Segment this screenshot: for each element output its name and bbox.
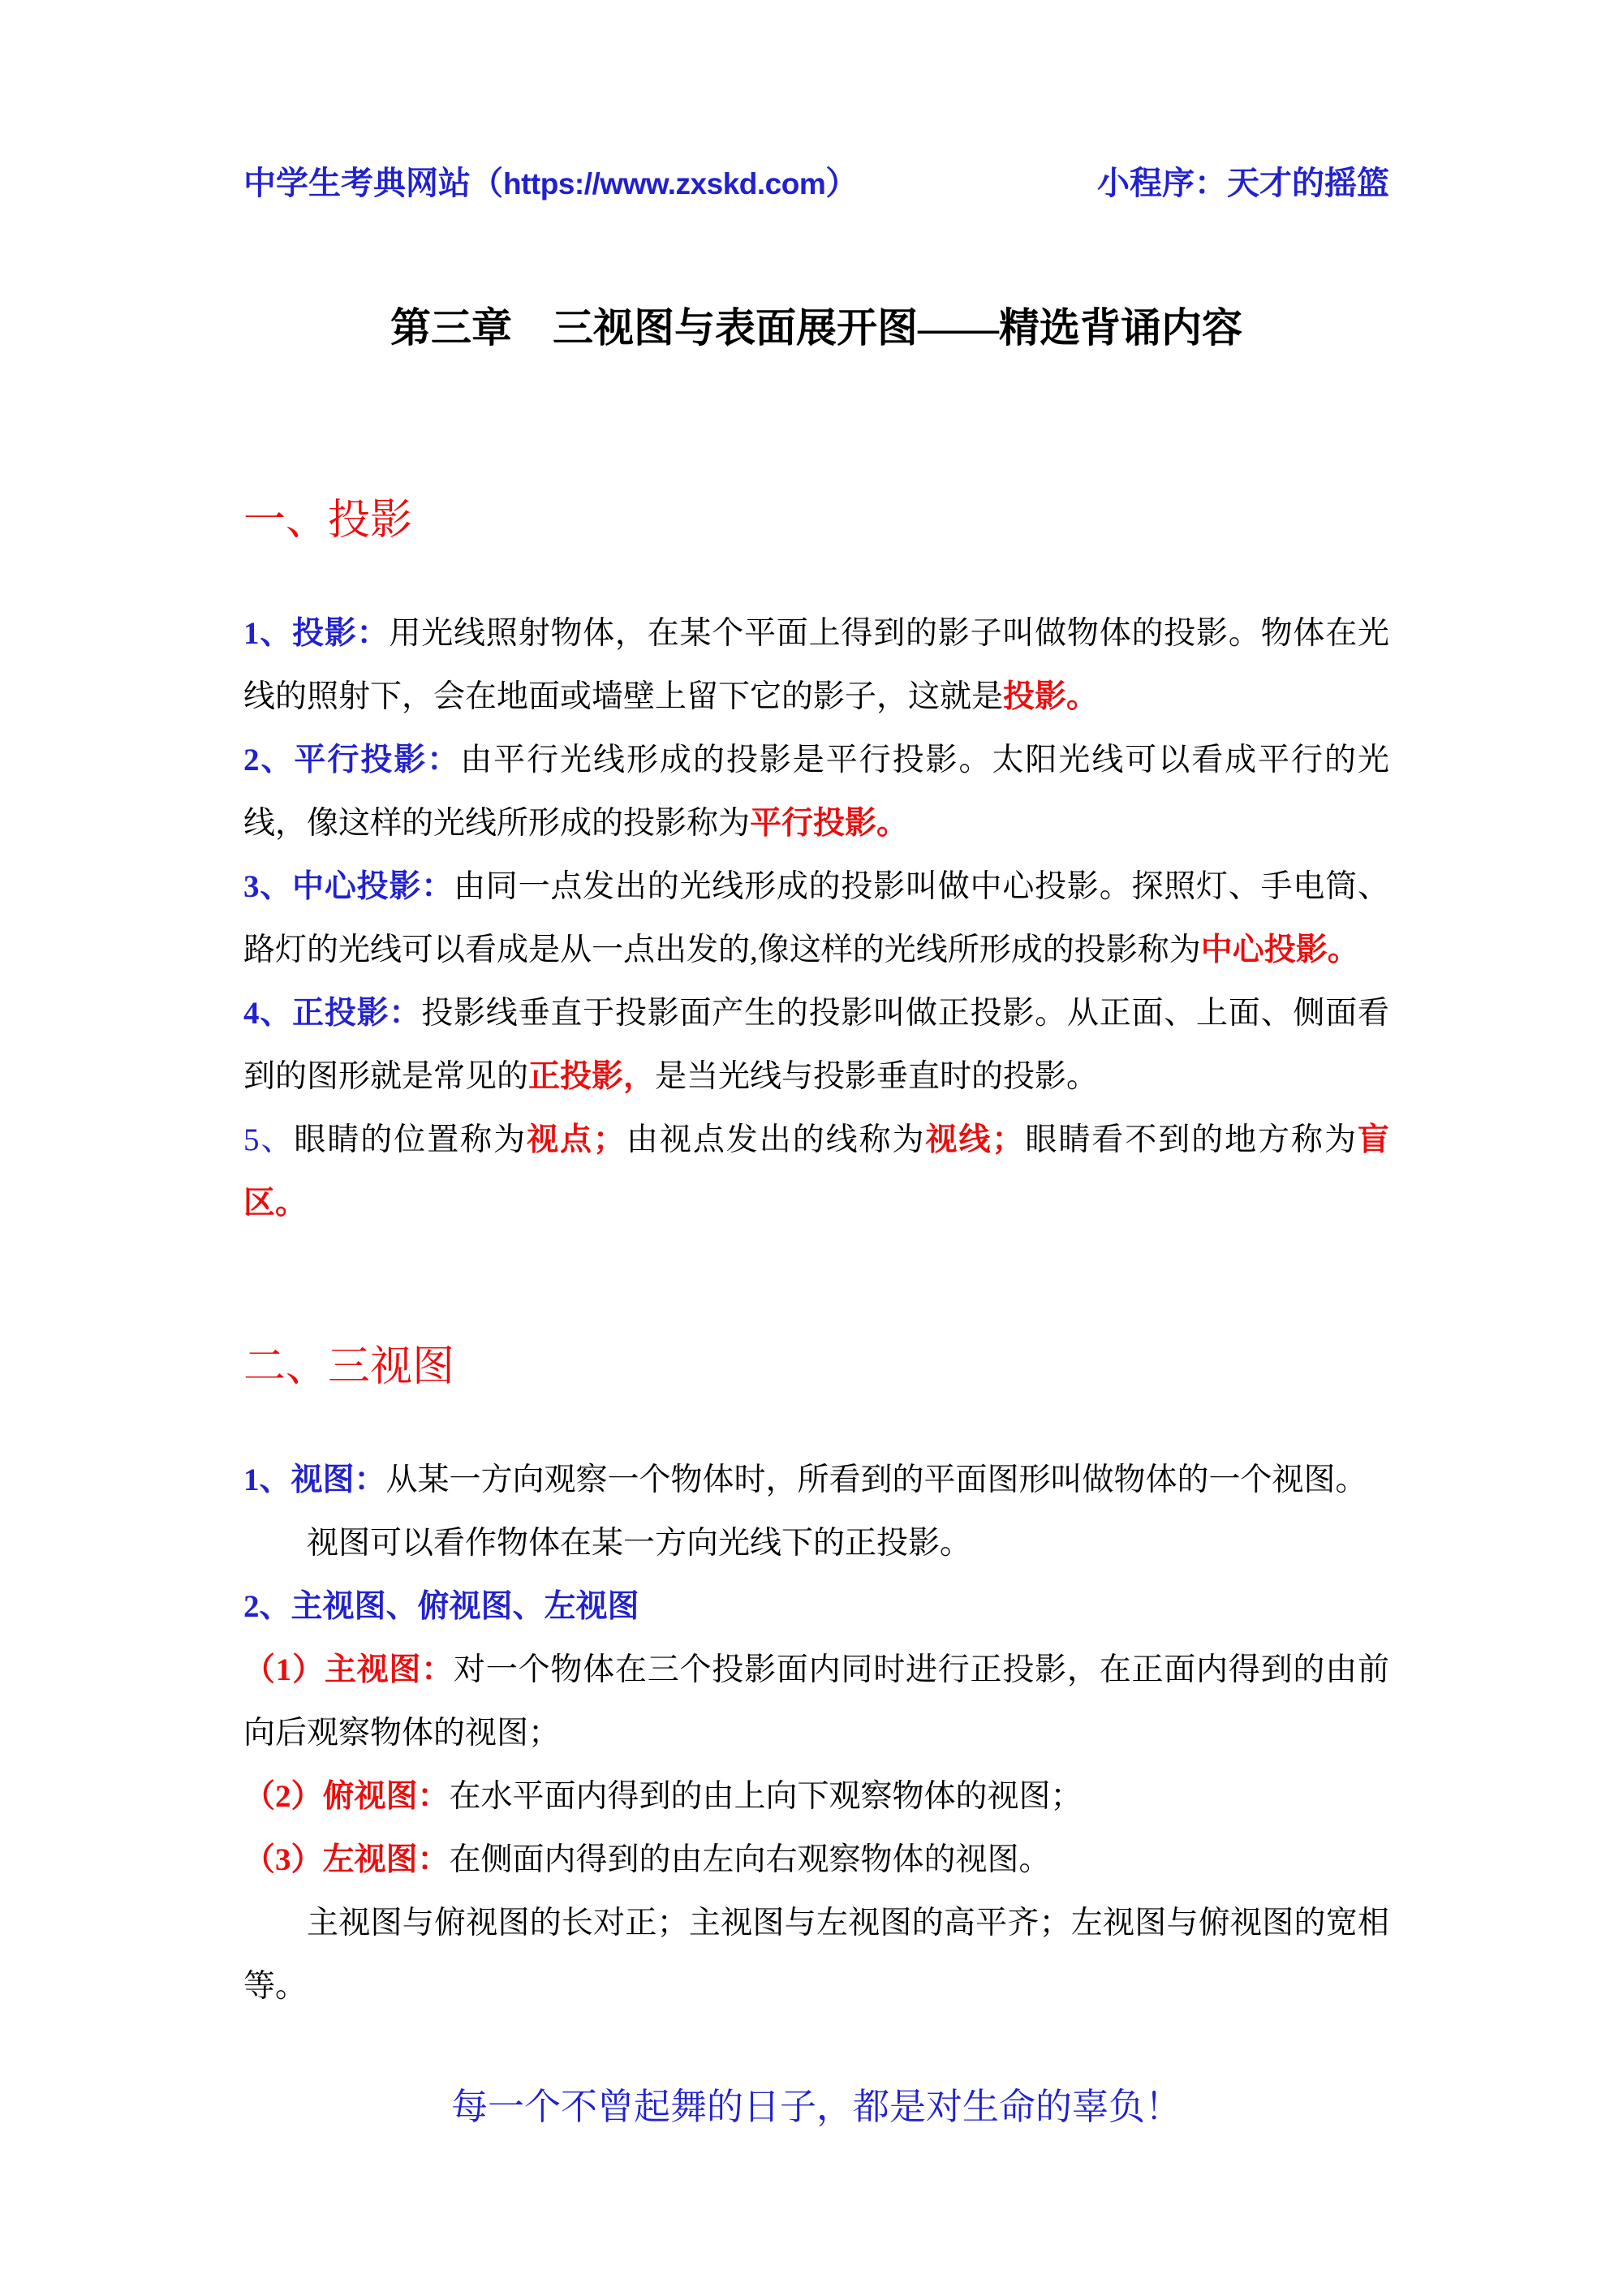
text-run: 5、	[243, 1122, 294, 1157]
text-run: 平行投影。	[750, 806, 908, 841]
page-header: 中学生考典网站（https://www.zxskd.com） 小程序：天才的摇篮	[243, 159, 1389, 209]
paragraph: 2、平行投影：由平行光线形成的投影是平行投影。太阳光线可以看成平行的光线，像这样…	[243, 729, 1389, 855]
text-run: 1、视图：	[243, 1462, 386, 1497]
paragraph: 1、视图：从某一方向观察一个物体时，所看到的平面图形叫做物体的一个视图。	[243, 1449, 1389, 1512]
text-run: 3、中心投影：	[243, 869, 454, 904]
section-heading: 二、三视图	[243, 1337, 1389, 1398]
text-run: 4、正投影：	[243, 996, 421, 1031]
text-run: 是当光线与投影垂直时的投影。	[655, 1059, 1098, 1094]
paragraph: （1）主视图：对一个物体在三个投影面内同时进行正投影，在正面内得到的由前向后观察…	[243, 1639, 1389, 1765]
paragraph: 3、中心投影：由同一点发出的光线形成的投影叫做中心投影。探照灯、手电筒、路灯的光…	[243, 855, 1389, 982]
paragraph: 1、投影：用光线照射物体，在某个平面上得到的影子叫做物体的投影。物体在光线的照射…	[243, 602, 1389, 729]
text-run: 视线；	[926, 1122, 1024, 1157]
paragraph: 主视图与俯视图的长对正；主视图与左视图的高平齐；左视图与俯视图的宽相等。	[243, 1892, 1389, 2018]
text-run: 视点；	[527, 1122, 625, 1157]
text-run: 正投影，	[528, 1059, 655, 1094]
text-run: 在水平面内得到的由上向下观察物体的视图；	[450, 1779, 1083, 1814]
header-site: 中学生考典网站（https://www.zxskd.com）	[243, 159, 858, 209]
paragraph: （3）左视图：在侧面内得到的由左向右观察物体的视图。	[243, 1829, 1389, 1892]
text-run: 视图可以看作物体在某一方向光线下的正投影。	[307, 1526, 971, 1561]
paragraph: 视图可以看作物体在某一方向光线下的正投影。	[243, 1512, 1389, 1575]
paragraph: 5、眼睛的位置称为视点；由视点发出的线称为视线；眼睛看不到的地方称为盲区。	[243, 1109, 1389, 1235]
text-run: 中心投影。	[1201, 933, 1359, 967]
text-run: （3）左视图：	[243, 1842, 450, 1877]
text-run: 由视点发出的线称为	[625, 1122, 926, 1157]
text-run: 1、投影：	[243, 616, 389, 651]
text-run: 投影。	[1003, 679, 1098, 714]
text-run: 从某一方向观察一个物体时，所看到的平面图形叫做物体的一个视图。	[386, 1462, 1367, 1497]
paragraph: （2）俯视图：在水平面内得到的由上向下观察物体的视图；	[243, 1765, 1389, 1829]
site-url[interactable]: https://www.zxskd.com	[503, 167, 825, 200]
text-run: （2）俯视图：	[243, 1779, 450, 1814]
text-run: 在侧面内得到的由左向右观察物体的视图。	[450, 1842, 1051, 1877]
header-site-prefix: 中学生考典网站（	[243, 165, 503, 201]
document-body: 一、投影1、投影：用光线照射物体，在某个平面上得到的影子叫做物体的投影。物体在光…	[243, 490, 1389, 2018]
text-run: 主视图与俯视图的长对正；主视图与左视图的高平齐；左视图与俯视图的宽相等。	[243, 1906, 1389, 2004]
text-run: 眼睛的位置称为	[294, 1122, 527, 1157]
chapter-title: 第三章 三视图与表面展开图——精选背诵内容	[243, 299, 1389, 356]
text-run: （1）主视图：	[243, 1652, 454, 1687]
header-site-suffix: ）	[825, 165, 858, 201]
text-run: 眼睛看不到的地方称为	[1023, 1122, 1357, 1157]
footer-quote: 每一个不曾起舞的日子，都是对生命的辜负！	[243, 2082, 1389, 2132]
header-miniprogram: 小程序：天才的摇篮	[1097, 159, 1389, 208]
document-page: 中学生考典网站（https://www.zxskd.com） 小程序：天才的摇篮…	[0, 0, 1610, 2296]
paragraph: 2、主视图、俯视图、左视图	[243, 1575, 1389, 1639]
text-run: 2、主视图、俯视图、左视图	[243, 1589, 639, 1624]
text-run: 2、平行投影：	[243, 743, 460, 778]
paragraph: 4、正投影：投影线垂直于投影面产生的投影叫做正投影。从正面、上面、侧面看到的图形…	[243, 982, 1389, 1109]
text-run: 用光线照射物体，在某个平面上得到的影子叫做物体的投影。物体在光线的照射下，会在地…	[243, 616, 1389, 714]
section-heading: 一、投影	[243, 490, 1389, 552]
